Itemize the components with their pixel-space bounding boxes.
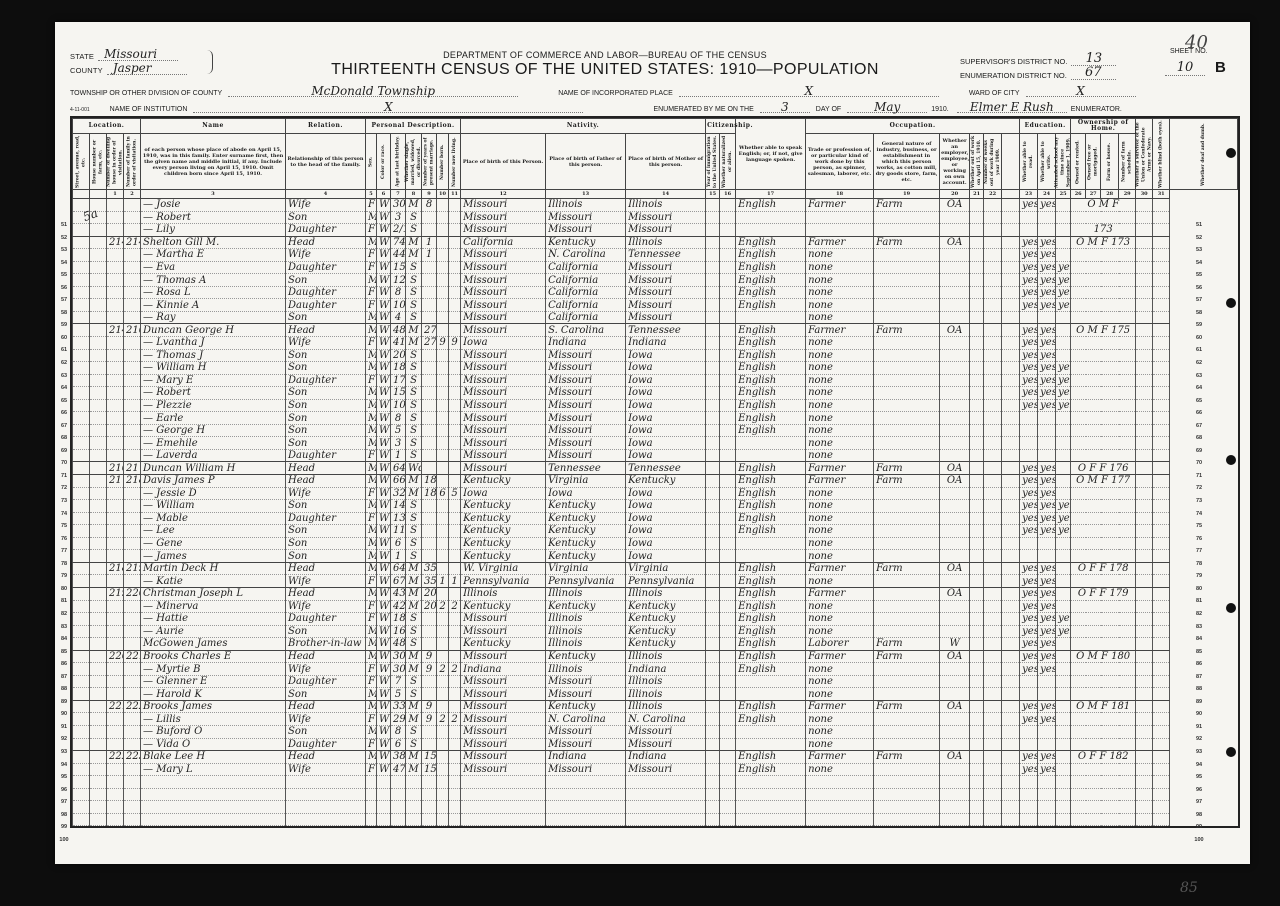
children-living — [449, 738, 461, 751]
empty-cell — [970, 199, 984, 212]
empty-cell — [706, 776, 720, 789]
sex: M — [366, 550, 377, 563]
father-birthplace: Virginia — [546, 562, 626, 575]
family-number: 220 — [124, 587, 141, 600]
empty-cell — [1136, 249, 1153, 262]
industry — [874, 311, 940, 324]
mother-birthplace: Indiana — [626, 751, 706, 764]
children-born — [437, 236, 449, 249]
can-read — [1020, 675, 1038, 688]
empty-cell — [706, 261, 720, 274]
person-name: — Lily — [141, 224, 286, 237]
birthplace: Missouri — [461, 688, 546, 701]
trade: none — [806, 675, 874, 688]
column-number: 27 — [1086, 190, 1101, 199]
children-born — [437, 462, 449, 475]
census-sheet: 40 State Missouri County Jasper Departme… — [55, 22, 1250, 864]
can-read: yes — [1020, 751, 1038, 764]
line-number: 51 — [1192, 219, 1206, 232]
empty-cell — [1153, 412, 1170, 425]
sex: F — [366, 374, 377, 387]
empty-cell — [984, 337, 1002, 350]
color: W — [377, 399, 391, 412]
empty-cell — [90, 776, 107, 789]
industry — [874, 688, 940, 701]
children-born: 6 — [437, 487, 449, 500]
empty-cell — [1136, 199, 1153, 212]
empty-cell — [1153, 349, 1170, 362]
trade — [806, 813, 874, 826]
industry — [874, 487, 940, 500]
trade: none — [806, 713, 874, 726]
children-born — [437, 813, 449, 826]
empty-cell — [1002, 713, 1020, 726]
birthplace: W. Virginia — [461, 562, 546, 575]
home-ownership — [1071, 738, 1136, 751]
family-number — [124, 600, 141, 613]
line-number: 56 — [58, 282, 70, 295]
empty-cell — [1002, 776, 1020, 789]
empty-cell — [970, 449, 984, 462]
person-name: — Josie — [141, 199, 286, 212]
relationship: Head — [286, 587, 366, 600]
empty-cell — [1153, 788, 1170, 801]
line-number: 100 — [1192, 834, 1206, 847]
children-living — [449, 286, 461, 299]
sex: M — [366, 475, 377, 488]
mother-birthplace: Missouri — [626, 211, 706, 224]
table-row: 216217Duncan William HHeadMW64WdMissouri… — [73, 462, 1238, 475]
line-number: 73 — [58, 495, 70, 508]
years-married — [422, 788, 437, 801]
family-number — [124, 613, 141, 626]
employment-class — [940, 688, 970, 701]
children-born — [437, 224, 449, 237]
empty-cell — [73, 387, 90, 400]
table-row: — PlezzieSonMW10SMissouriMissouriIowaEng… — [73, 399, 1238, 412]
empty-cell — [1153, 600, 1170, 613]
industry: Farm — [874, 236, 940, 249]
can-read: yes — [1020, 663, 1038, 676]
dwelling-number — [107, 299, 124, 312]
can-read — [1020, 449, 1038, 462]
family-number: 223 — [124, 751, 141, 764]
can-write: yes — [1038, 249, 1056, 262]
table-row: — LillisWifeFW29M922MissouriN. CarolinaN… — [73, 713, 1238, 726]
father-birthplace: Indiana — [546, 337, 626, 350]
employment-class — [940, 500, 970, 513]
age: 7 — [391, 675, 406, 688]
family-number — [124, 424, 141, 437]
can-read: yes — [1020, 650, 1038, 663]
relationship: Son — [286, 625, 366, 638]
empty-cell — [73, 550, 90, 563]
marital-status: S — [406, 512, 422, 525]
empty-cell — [970, 700, 984, 713]
marital-status: S — [406, 311, 422, 324]
mother-birthplace: Kentucky — [626, 475, 706, 488]
column-number: 23 — [1020, 190, 1038, 199]
relationship: Son — [286, 437, 366, 450]
person-name: Christman Joseph L — [141, 587, 286, 600]
father-birthplace: California — [546, 311, 626, 324]
home-ownership: O M F — [1071, 199, 1136, 212]
home-ownership — [1071, 512, 1136, 525]
person-name: — Plezzie — [141, 399, 286, 412]
empty-cell — [1153, 700, 1170, 713]
can-write: yes — [1038, 587, 1056, 600]
birthplace: Missouri — [461, 613, 546, 626]
family-number — [124, 813, 141, 826]
industry — [874, 788, 940, 801]
family-number — [124, 738, 141, 751]
empty-cell — [984, 286, 1002, 299]
home-ownership: O M F 177 — [1071, 475, 1136, 488]
color: W — [377, 236, 391, 249]
empty-cell — [90, 725, 107, 738]
trade: none — [806, 537, 874, 550]
empty-cell — [90, 337, 107, 350]
industry — [874, 713, 940, 726]
person-name: — Buford O — [141, 725, 286, 738]
employment-class — [940, 299, 970, 312]
line-number: 90 — [1192, 708, 1206, 721]
line-number: 89 — [58, 696, 70, 709]
empty-cell — [90, 399, 107, 412]
age — [391, 776, 406, 789]
age: 6 — [391, 537, 406, 550]
attended-school — [1056, 311, 1071, 324]
color: W — [377, 424, 391, 437]
language: English — [736, 700, 806, 713]
industry — [874, 224, 940, 237]
line-number: 57 — [58, 294, 70, 307]
empty-cell — [720, 813, 736, 826]
table-row — [73, 788, 1238, 801]
line-number: 86 — [1192, 658, 1206, 671]
empty-cell — [984, 261, 1002, 274]
empty-cell — [970, 324, 984, 337]
person-name: — Vida O — [141, 738, 286, 751]
birthplace: Missouri — [461, 437, 546, 450]
can-read: yes — [1020, 387, 1038, 400]
empty-cell — [984, 600, 1002, 613]
line-number: 91 — [58, 721, 70, 734]
can-write: yes — [1038, 261, 1056, 274]
industry — [874, 399, 940, 412]
years-married — [422, 525, 437, 538]
person-name: Shelton Gill M. — [141, 236, 286, 249]
color: W — [377, 449, 391, 462]
family-number — [124, 399, 141, 412]
trade: none — [806, 613, 874, 626]
marital-status: S — [406, 261, 422, 274]
children-born — [437, 700, 449, 713]
mother-birthplace: Tennessee — [626, 324, 706, 337]
mother-birthplace: Iowa — [626, 362, 706, 375]
county-value: Jasper — [107, 62, 187, 75]
empty-cell — [1153, 525, 1170, 538]
family-number — [124, 525, 141, 538]
language: English — [736, 475, 806, 488]
line-number: 67 — [58, 420, 70, 433]
children-born — [437, 500, 449, 513]
empty-cell — [1153, 663, 1170, 676]
empty-cell — [1136, 575, 1153, 588]
children-born — [437, 475, 449, 488]
empty-cell — [90, 562, 107, 575]
children-living — [449, 776, 461, 789]
empty-cell — [1136, 675, 1153, 688]
trade: none — [806, 261, 874, 274]
empty-cell — [1002, 337, 1020, 350]
age — [391, 801, 406, 814]
person-name: — Mary E — [141, 374, 286, 387]
father-birthplace — [546, 776, 626, 789]
relationship: Wife — [286, 763, 366, 776]
empty-cell — [720, 261, 736, 274]
empty-cell — [90, 700, 107, 713]
can-write — [1038, 437, 1056, 450]
can-write: yes — [1038, 525, 1056, 538]
mother-birthplace: Illinois — [626, 587, 706, 600]
father-birthplace: Illinois — [546, 613, 626, 626]
home-ownership — [1071, 801, 1136, 814]
attended-school — [1056, 738, 1071, 751]
children-living — [449, 349, 461, 362]
empty-cell — [1002, 475, 1020, 488]
father-birthplace: Missouri — [546, 763, 626, 776]
empty-cell — [1153, 199, 1170, 212]
empty-cell — [1002, 663, 1020, 676]
relationship — [286, 776, 366, 789]
marital-status: M — [406, 587, 422, 600]
empty-cell — [1136, 362, 1153, 375]
children-born — [437, 199, 449, 212]
empty-cell — [720, 638, 736, 651]
empty-cell — [1153, 751, 1170, 764]
sex: M — [366, 211, 377, 224]
person-name: Davis James P — [141, 475, 286, 488]
empty-cell — [90, 487, 107, 500]
relationship: Daughter — [286, 286, 366, 299]
empty-cell — [984, 462, 1002, 475]
empty-cell — [706, 537, 720, 550]
home-ownership — [1071, 399, 1136, 412]
relationship: Son — [286, 725, 366, 738]
table-row: McGowen JamesBrother-in-lawMW48SKentucky… — [73, 638, 1238, 651]
empty-cell — [1002, 613, 1020, 626]
can-read: yes — [1020, 562, 1038, 575]
sex — [366, 776, 377, 789]
empty-cell — [720, 211, 736, 224]
attended-school — [1056, 537, 1071, 550]
family-number — [124, 713, 141, 726]
children-living — [449, 613, 461, 626]
sex: F — [366, 738, 377, 751]
empty-cell — [706, 299, 720, 312]
sex: M — [366, 751, 377, 764]
attended-school: yes — [1056, 399, 1071, 412]
color: W — [377, 562, 391, 575]
family-number — [124, 387, 141, 400]
empty-cell — [73, 249, 90, 262]
children-born — [437, 738, 449, 751]
empty-cell — [970, 751, 984, 764]
children-born — [437, 512, 449, 525]
mother-birthplace: Iowa — [626, 424, 706, 437]
birthplace: Kentucky — [461, 537, 546, 550]
age: 3 — [391, 211, 406, 224]
sheet-side: B — [1215, 59, 1226, 76]
line-number: 85 — [1192, 646, 1206, 659]
employment-class — [940, 437, 970, 450]
age: 2/12 — [391, 224, 406, 237]
dwelling-number — [107, 638, 124, 651]
empty-cell — [1136, 349, 1153, 362]
empty-cell — [1153, 274, 1170, 287]
empty-cell — [1153, 374, 1170, 387]
person-name: — Mable — [141, 512, 286, 525]
trade: none — [806, 512, 874, 525]
children-living — [449, 638, 461, 651]
language — [736, 675, 806, 688]
empty-cell — [90, 224, 107, 237]
employment-class — [940, 424, 970, 437]
trade — [806, 788, 874, 801]
empty-cell — [1136, 424, 1153, 437]
can-write: yes — [1038, 638, 1056, 651]
empty-cell — [1153, 475, 1170, 488]
marital-status: S — [406, 274, 422, 287]
sex: M — [366, 311, 377, 324]
mother-birthplace: Missouri — [626, 224, 706, 237]
language: English — [736, 286, 806, 299]
empty-cell — [1002, 349, 1020, 362]
column-number: 3 — [141, 190, 286, 199]
census-rows: — JosieWifeFW30M8MissouriIllinoisIllinoi… — [73, 199, 1238, 826]
empty-cell — [90, 274, 107, 287]
marital-status: M — [406, 763, 422, 776]
dwelling-number — [107, 713, 124, 726]
marital-status: M — [406, 199, 422, 212]
line-number: 53 — [1192, 244, 1206, 257]
age: 30 — [391, 663, 406, 676]
column-number: 9 — [422, 190, 437, 199]
marital-status: S — [406, 675, 422, 688]
industry — [874, 437, 940, 450]
attended-school — [1056, 713, 1071, 726]
color: W — [377, 324, 391, 337]
person-name: — William H — [141, 362, 286, 375]
attended-school — [1056, 776, 1071, 789]
birthplace: Missouri — [461, 751, 546, 764]
mother-birthplace: Illinois — [626, 700, 706, 713]
empty-cell — [90, 412, 107, 425]
employment-class — [940, 575, 970, 588]
empty-cell — [1153, 324, 1170, 337]
header-family: Number of family in order of visitation. — [124, 134, 141, 190]
father-birthplace: Kentucky — [546, 650, 626, 663]
can-read: yes — [1020, 349, 1038, 362]
person-name: — Lee — [141, 525, 286, 538]
children-born — [437, 399, 449, 412]
attended-school — [1056, 562, 1071, 575]
home-ownership — [1071, 663, 1136, 676]
table-row: — MableDaughterFW13SKentuckyKentuckyIowa… — [73, 512, 1238, 525]
industry — [874, 374, 940, 387]
employment-class — [940, 249, 970, 262]
empty-cell — [1153, 362, 1170, 375]
sex: M — [366, 725, 377, 738]
sex: F — [366, 675, 377, 688]
industry — [874, 763, 940, 776]
dwelling-number — [107, 550, 124, 563]
employment-class — [940, 349, 970, 362]
empty-cell — [706, 337, 720, 350]
marital-status: M — [406, 600, 422, 613]
attended-school — [1056, 663, 1071, 676]
family-number — [124, 199, 141, 212]
mother-birthplace: Missouri — [626, 261, 706, 274]
years-married — [422, 462, 437, 475]
empty-cell — [720, 424, 736, 437]
empty-cell — [1002, 788, 1020, 801]
age: 38 — [391, 751, 406, 764]
empty-cell — [1002, 324, 1020, 337]
empty-cell — [720, 725, 736, 738]
color: W — [377, 512, 391, 525]
can-write: yes — [1038, 349, 1056, 362]
dwelling-number — [107, 801, 124, 814]
empty-cell — [984, 475, 1002, 488]
table-row: — George HSonMW5SMissouriMissouriIowaEng… — [73, 424, 1238, 437]
person-name: — Myrtie B — [141, 663, 286, 676]
can-write: yes — [1038, 286, 1056, 299]
empty-cell — [970, 537, 984, 550]
father-birthplace: Illinois — [546, 625, 626, 638]
marital-status: S — [406, 500, 422, 513]
employment-class: OA — [940, 475, 970, 488]
home-ownership: O M F 175 — [1071, 324, 1136, 337]
empty-cell — [1153, 462, 1170, 475]
color: W — [377, 475, 391, 488]
years-married — [422, 261, 437, 274]
mother-birthplace: Kentucky — [626, 625, 706, 638]
birthplace: California — [461, 236, 546, 249]
age: 3 — [391, 437, 406, 450]
children-born — [437, 324, 449, 337]
table-row: — RobertSonMW15SMissouriMissouriIowaEngl… — [73, 387, 1238, 400]
empty-cell — [720, 362, 736, 375]
employment-class: OA — [940, 562, 970, 575]
language — [736, 788, 806, 801]
family-number: 216 — [124, 324, 141, 337]
empty-cell — [1136, 337, 1153, 350]
age: 43 — [391, 587, 406, 600]
ward-value: X — [1026, 85, 1136, 97]
father-birthplace — [546, 813, 626, 826]
empty-cell — [720, 763, 736, 776]
birthplace: Kentucky — [461, 512, 546, 525]
can-write — [1038, 537, 1056, 550]
empty-cell — [706, 449, 720, 462]
years-married: 1 — [422, 249, 437, 262]
birthplace — [461, 776, 546, 789]
table-row: — RobertSonMW3SMissouriMissouriMissouri — [73, 211, 1238, 224]
line-number: 83 — [58, 621, 70, 634]
father-birthplace: Kentucky — [546, 600, 626, 613]
